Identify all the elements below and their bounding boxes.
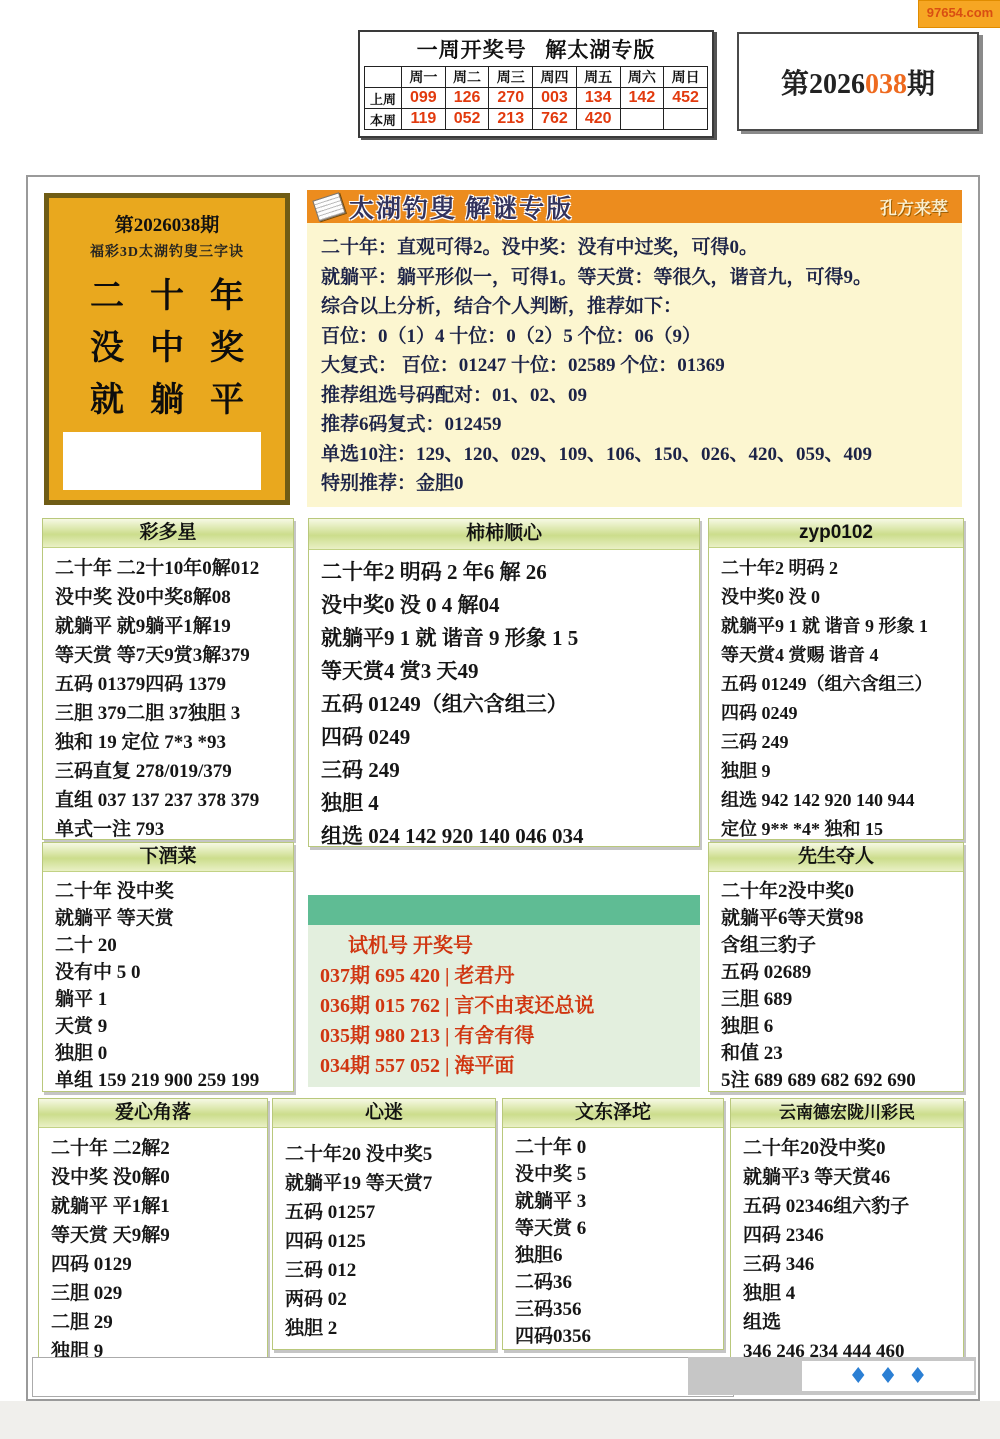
text-line: 和值 23 [721, 1040, 959, 1067]
text-line: 独胆 4 [321, 787, 695, 820]
text-line: 就躺平6等天赏98 [721, 905, 959, 932]
text-line: 三胆 029 [51, 1279, 263, 1308]
text-line: 推荐6码复式：012459 [321, 410, 962, 440]
text-line: 二十年2 明码 2 [721, 554, 959, 583]
blank-label [63, 432, 261, 490]
panel-body: 二十年2没中奖0就躺平6等天赏98含组三豹子五码 02689三胆 689独胆 6… [709, 872, 963, 1092]
text-line: 就躺平 平1解1 [51, 1192, 263, 1221]
main-content-box: 第2026038期 福彩3D太湖钓叟三字诀 二十年没中奖就躺平等天赏 太湖钓叟 … [26, 175, 980, 1401]
draw-number: 119 [402, 109, 446, 130]
text-line: 独胆 0 [55, 1040, 289, 1067]
text-line: 单组 159 219 900 259 199 [55, 1067, 289, 1092]
text-line: 二十年20 没中奖5 [285, 1140, 491, 1169]
corner-cell [365, 67, 402, 88]
draw-number [620, 109, 664, 130]
issue-prefix: 第2026 [781, 69, 865, 100]
text-line: 三码 249 [321, 754, 695, 787]
day-header: 周三 [489, 67, 533, 88]
text-line: 037期 695 420 | 老君丹 [308, 961, 700, 991]
text-line: 没中奖 5 [515, 1161, 719, 1188]
week-table-title: 一周开奖号 解太湖专版 [360, 32, 712, 66]
text-line: 就躺平 就9躺平1解19 [55, 612, 289, 641]
text-line: 二胆 29 [51, 1308, 263, 1337]
text-line: 五码 02689 [721, 959, 959, 986]
text-line: 二码36 [515, 1269, 719, 1296]
text-line: 百位：0（1）4 十位：0（2）5 个位：06（9） [321, 322, 962, 352]
week-header-row: 周一 周二 周三 周四 周五 周六 周日 [365, 67, 708, 88]
text-line: 没有中 5 0 [55, 959, 289, 986]
panel-body: 二十年20 没中奖5就躺平19 等天赏7五码 01257四码 0125三码 01… [273, 1128, 495, 1347]
panel-body: 二十年2 明码 2没中奖0 没 0就躺平9 1 就 谐音 9 形象 1等天赏4 … [709, 548, 963, 840]
green-body: 试机号 开奖号 037期 695 420 | 老君丹036期 015 762 |… [308, 925, 700, 1087]
text-line: 5注 689 689 682 692 690 [721, 1067, 959, 1092]
text-line: 二十年 没中奖 [55, 878, 289, 905]
text-line: 五码 02346组六豹子 [743, 1192, 959, 1221]
text-line: 等天赏4 赏赐 谐音 4 [721, 641, 959, 670]
page-title: 太湖钓叟 解谜专版 [349, 189, 573, 225]
text-line: 三胆 689 [721, 986, 959, 1013]
panel-title: 柿柿顺心 [309, 519, 699, 550]
text-line: 就躺平 [49, 375, 285, 427]
text-line: 两码 02 [285, 1285, 491, 1314]
text-line: 独胆 6 [721, 1013, 959, 1040]
text-line: 三码 249 [721, 728, 959, 757]
text-line: 没中奖 [49, 323, 285, 375]
section-header-bar: 太湖钓叟 解谜专版 孔方来萃 [307, 190, 962, 223]
page-bottom-strip [0, 1401, 1000, 1439]
text-line: 组选 942 142 920 140 944 [721, 786, 959, 815]
text-line: 035期 980 213 | 有舍有得 [308, 1021, 700, 1051]
row-label: 本周 [365, 109, 402, 130]
panel-title: 心迷 [273, 1099, 495, 1128]
draw-number: 420 [576, 109, 620, 130]
newspaper-icon [312, 192, 345, 222]
day-header: 周日 [664, 67, 708, 88]
text-line: 二十年2 明码 2 年6 解 26 [321, 556, 695, 589]
issue-number: 第2026038期 [781, 62, 935, 102]
day-header: 周四 [533, 67, 577, 88]
draw-number: 762 [533, 109, 577, 130]
panel-title: 云南德宏陇川彩民 [731, 1099, 963, 1128]
text-line: 没中奖0 没 0 4 解04 [321, 589, 695, 622]
text-line: 综合以上分析，结合个人判断，推荐如下： [321, 292, 962, 322]
text-line: 三码 012 [285, 1256, 491, 1285]
text-line: 单选10注：129、120、029、109、106、150、026、420、05… [321, 440, 962, 470]
text-line: 组选 [743, 1308, 959, 1337]
issue-number-box: 第2026038期 [737, 32, 979, 131]
text-line: 等天赏 等7天9赏3解379 [55, 641, 289, 670]
text-line: 等天赏 天9解9 [51, 1221, 263, 1250]
text-line: 036期 015 762 | 言不由衷还总说 [308, 991, 700, 1021]
panel-xinmi: 心迷 二十年20 没中奖5就躺平19 等天赏7五码 01257四码 0125三码… [272, 1098, 496, 1350]
text-line: 四码0356 [515, 1323, 719, 1350]
text-line: 就躺平9 1 就 谐音 9 形象 1 [721, 612, 959, 641]
text-line: 二十年20没中奖0 [743, 1134, 959, 1163]
panel-title: 先生夺人 [709, 843, 963, 872]
panel-caiduoxing: 彩多星 二十年 二2十10年0解012没中奖 没0中奖8解08就躺平 就9躺平1… [42, 518, 294, 840]
trial-numbers-box: 试机号 开奖号 037期 695 420 | 老君丹036期 015 762 |… [308, 895, 700, 1087]
text-line: 就躺平 3 [515, 1188, 719, 1215]
draw-number: 134 [576, 88, 620, 109]
panel-body: 二十年 二2解2没中奖 没0解0就躺平 平1解1等天赏 天9解9四码 0129三… [39, 1128, 267, 1384]
text-line: 就躺平 等天赏 [55, 905, 289, 932]
text-line: 独胆 9 [721, 757, 959, 786]
green-header-bar [308, 895, 700, 925]
panel-title: 下酒菜 [43, 843, 293, 872]
day-header: 周六 [620, 67, 664, 88]
panel-body: 二十年2 明码 2 年6 解 26没中奖0 没 0 4 解04就躺平9 1 就 … [309, 550, 699, 847]
text-line: 就躺平9 1 就 谐音 9 形象 1 5 [321, 622, 695, 655]
draw-number: 270 [489, 88, 533, 109]
panel-title: 文东泽坨 [503, 1099, 723, 1128]
gem-box: ♦♦♦ [802, 1361, 974, 1391]
text-line: 没中奖 没0解0 [51, 1163, 263, 1192]
text-line: 没中奖 没0中奖8解08 [55, 583, 289, 612]
text-line: 五码 01257 [285, 1198, 491, 1227]
row-label: 上周 [365, 88, 402, 109]
text-line: 等天赏 6 [515, 1215, 719, 1242]
trial-lines: 037期 695 420 | 老君丹036期 015 762 | 言不由衷还总说… [308, 961, 700, 1081]
draw-number [664, 109, 708, 130]
text-line: 直组 037 137 237 378 379 [55, 786, 289, 815]
text-line: 含组三豹子 [721, 932, 959, 959]
draw-number: 142 [620, 88, 664, 109]
text-line: 就躺平19 等天赏7 [285, 1169, 491, 1198]
panel-xianshengduoren: 先生夺人 二十年2没中奖0就躺平6等天赏98含组三豹子五码 02689三胆 68… [708, 842, 964, 1092]
text-line: 大复式： 百位：01247 十位：02589 个位：01369 [321, 351, 962, 381]
text-line: 二十年：直观可得2。没中奖：没有中过奖，可得0。 [321, 233, 962, 263]
footer-blank-area [32, 1357, 734, 1397]
draw-number: 126 [445, 88, 489, 109]
text-line: 二十年 0 [515, 1134, 719, 1161]
text-line: 四码 0125 [285, 1227, 491, 1256]
week-table: 周一 周二 周三 周四 周五 周六 周日 上周 099 126 270 003 … [364, 66, 708, 130]
text-line: 四码 0249 [721, 699, 959, 728]
text-line: 就躺平3 等天赏46 [743, 1163, 959, 1192]
gold-subtitle: 福彩3D太湖钓叟三字诀 [49, 241, 285, 261]
panel-body: 二十年 没中奖就躺平 等天赏二十 20没有中 5 0躺平 1天赏 9独胆 0单组… [43, 872, 293, 1092]
panel-body: 二十年 0没中奖 5就躺平 3等天赏 6独胆6二码36三码356四码0356 [503, 1128, 723, 1350]
draw-number: 003 [533, 88, 577, 109]
day-header: 周二 [445, 67, 489, 88]
text-line: 二十 20 [55, 932, 289, 959]
author-name: 孔方来萃 [880, 194, 948, 219]
gold-poem-box: 第2026038期 福彩3D太湖钓叟三字诀 二十年没中奖就躺平等天赏 [44, 193, 290, 505]
text-line: 推荐组选号码配对：01、02、09 [321, 381, 962, 411]
gold-issue: 第2026038期 [49, 210, 285, 237]
text-line: 二十年 [49, 271, 285, 323]
draw-number: 452 [664, 88, 708, 109]
draw-number: 052 [445, 109, 489, 130]
issue-highlight: 038 [865, 69, 907, 100]
text-line: 等天赏4 赏3 天49 [321, 655, 695, 688]
text-line: 躺平 1 [55, 986, 289, 1013]
newspaper-page: 97654.com 一周开奖号 解太湖专版 周一 周二 周三 周四 周五 周六 … [0, 0, 1000, 1439]
draw-number: 213 [489, 109, 533, 130]
panel-zyp0102: zyp0102 二十年2 明码 2没中奖0 没 0就躺平9 1 就 谐音 9 形… [708, 518, 964, 840]
panel-title: 爱心角落 [39, 1099, 267, 1128]
week-numbers-box: 一周开奖号 解太湖专版 周一 周二 周三 周四 周五 周六 周日 上周 099 … [358, 30, 714, 138]
trial-title: 试机号 开奖号 [308, 931, 700, 961]
panel-wendongzetuo: 文东泽坨 二十年 0没中奖 5就躺平 3等天赏 6独胆6二码36三码356四码0… [502, 1098, 724, 1350]
analysis-panel: 二十年：直观可得2。没中奖：没有中过奖，可得0。就躺平：躺平形似一，可得1。等天… [307, 223, 962, 507]
text-line: 二十年 二2十10年0解012 [55, 554, 289, 583]
gem-icons: ♦♦♦ [838, 1364, 937, 1389]
text-line: 四码 0129 [51, 1250, 263, 1279]
text-line: 定位 9** *4* 独和 15 [721, 815, 959, 840]
day-header: 周五 [576, 67, 620, 88]
issue-suffix: 期 [907, 69, 935, 100]
text-line: 单式一注 793 [55, 815, 289, 840]
text-line: 二十年 二2解2 [51, 1134, 263, 1163]
text-line: 三码直复 278/019/379 [55, 757, 289, 786]
text-line: 特别推荐：金胆0 [321, 469, 962, 499]
site-watermark: 97654.com [918, 0, 1000, 28]
panel-title: 彩多星 [43, 519, 293, 548]
text-line: 034期 557 052 | 海平面 [308, 1051, 700, 1081]
text-line: 组选 024 142 920 140 046 034 [321, 820, 695, 847]
text-line: 三胆 379二胆 37独胆 3 [55, 699, 289, 728]
text-line: 没中奖0 没 0 [721, 583, 959, 612]
text-line: 五码 01379四码 1379 [55, 670, 289, 699]
text-line: 独胆 2 [285, 1314, 491, 1343]
text-line: 就躺平：躺平形似一，可得1。等天赏：等很久，谐音九，可得9。 [321, 263, 962, 293]
text-line: 五码 01249（组六含组三） [721, 670, 959, 699]
text-line: 天赏 9 [55, 1013, 289, 1040]
panel-shishishunxin: 柿柿顺心 二十年2 明码 2 年6 解 26没中奖0 没 0 4 解04就躺平9… [308, 518, 700, 847]
text-line: 独胆6 [515, 1242, 719, 1269]
panel-body: 二十年 二2十10年0解012没中奖 没0中奖8解08就躺平 就9躺平1解19等… [43, 548, 293, 840]
panel-xiajiucai: 下酒菜 二十年 没中奖就躺平 等天赏二十 20没有中 5 0躺平 1天赏 9独胆… [42, 842, 294, 1092]
text-line: 四码 0249 [321, 721, 695, 754]
panel-aixinjiaoluo: 爱心角落 二十年 二2解2没中奖 没0解0就躺平 平1解1等天赏 天9解9四码 … [38, 1098, 268, 1384]
text-line: 四码 2346 [743, 1221, 959, 1250]
draw-number: 099 [402, 88, 446, 109]
day-header: 周一 [402, 67, 446, 88]
text-line: 二十年2没中奖0 [721, 878, 959, 905]
text-line: 独和 19 定位 7*3 *93 [55, 728, 289, 757]
text-line: 三码356 [515, 1296, 719, 1323]
panel-yunnan: 云南德宏陇川彩民 二十年20没中奖0就躺平3 等天赏46五码 02346组六豹子… [730, 1098, 964, 1368]
table-row: 本周 119 052 213 762 420 [365, 109, 708, 130]
panel-body: 二十年20没中奖0就躺平3 等天赏46五码 02346组六豹子四码 2346三码… [731, 1128, 963, 1368]
text-line: 五码 01249（组六含组三） [321, 688, 695, 721]
text-line: 独胆 4 [743, 1279, 959, 1308]
text-line: 三码 346 [743, 1250, 959, 1279]
panel-title: zyp0102 [709, 519, 963, 548]
table-row: 上周 099 126 270 003 134 142 452 [365, 88, 708, 109]
